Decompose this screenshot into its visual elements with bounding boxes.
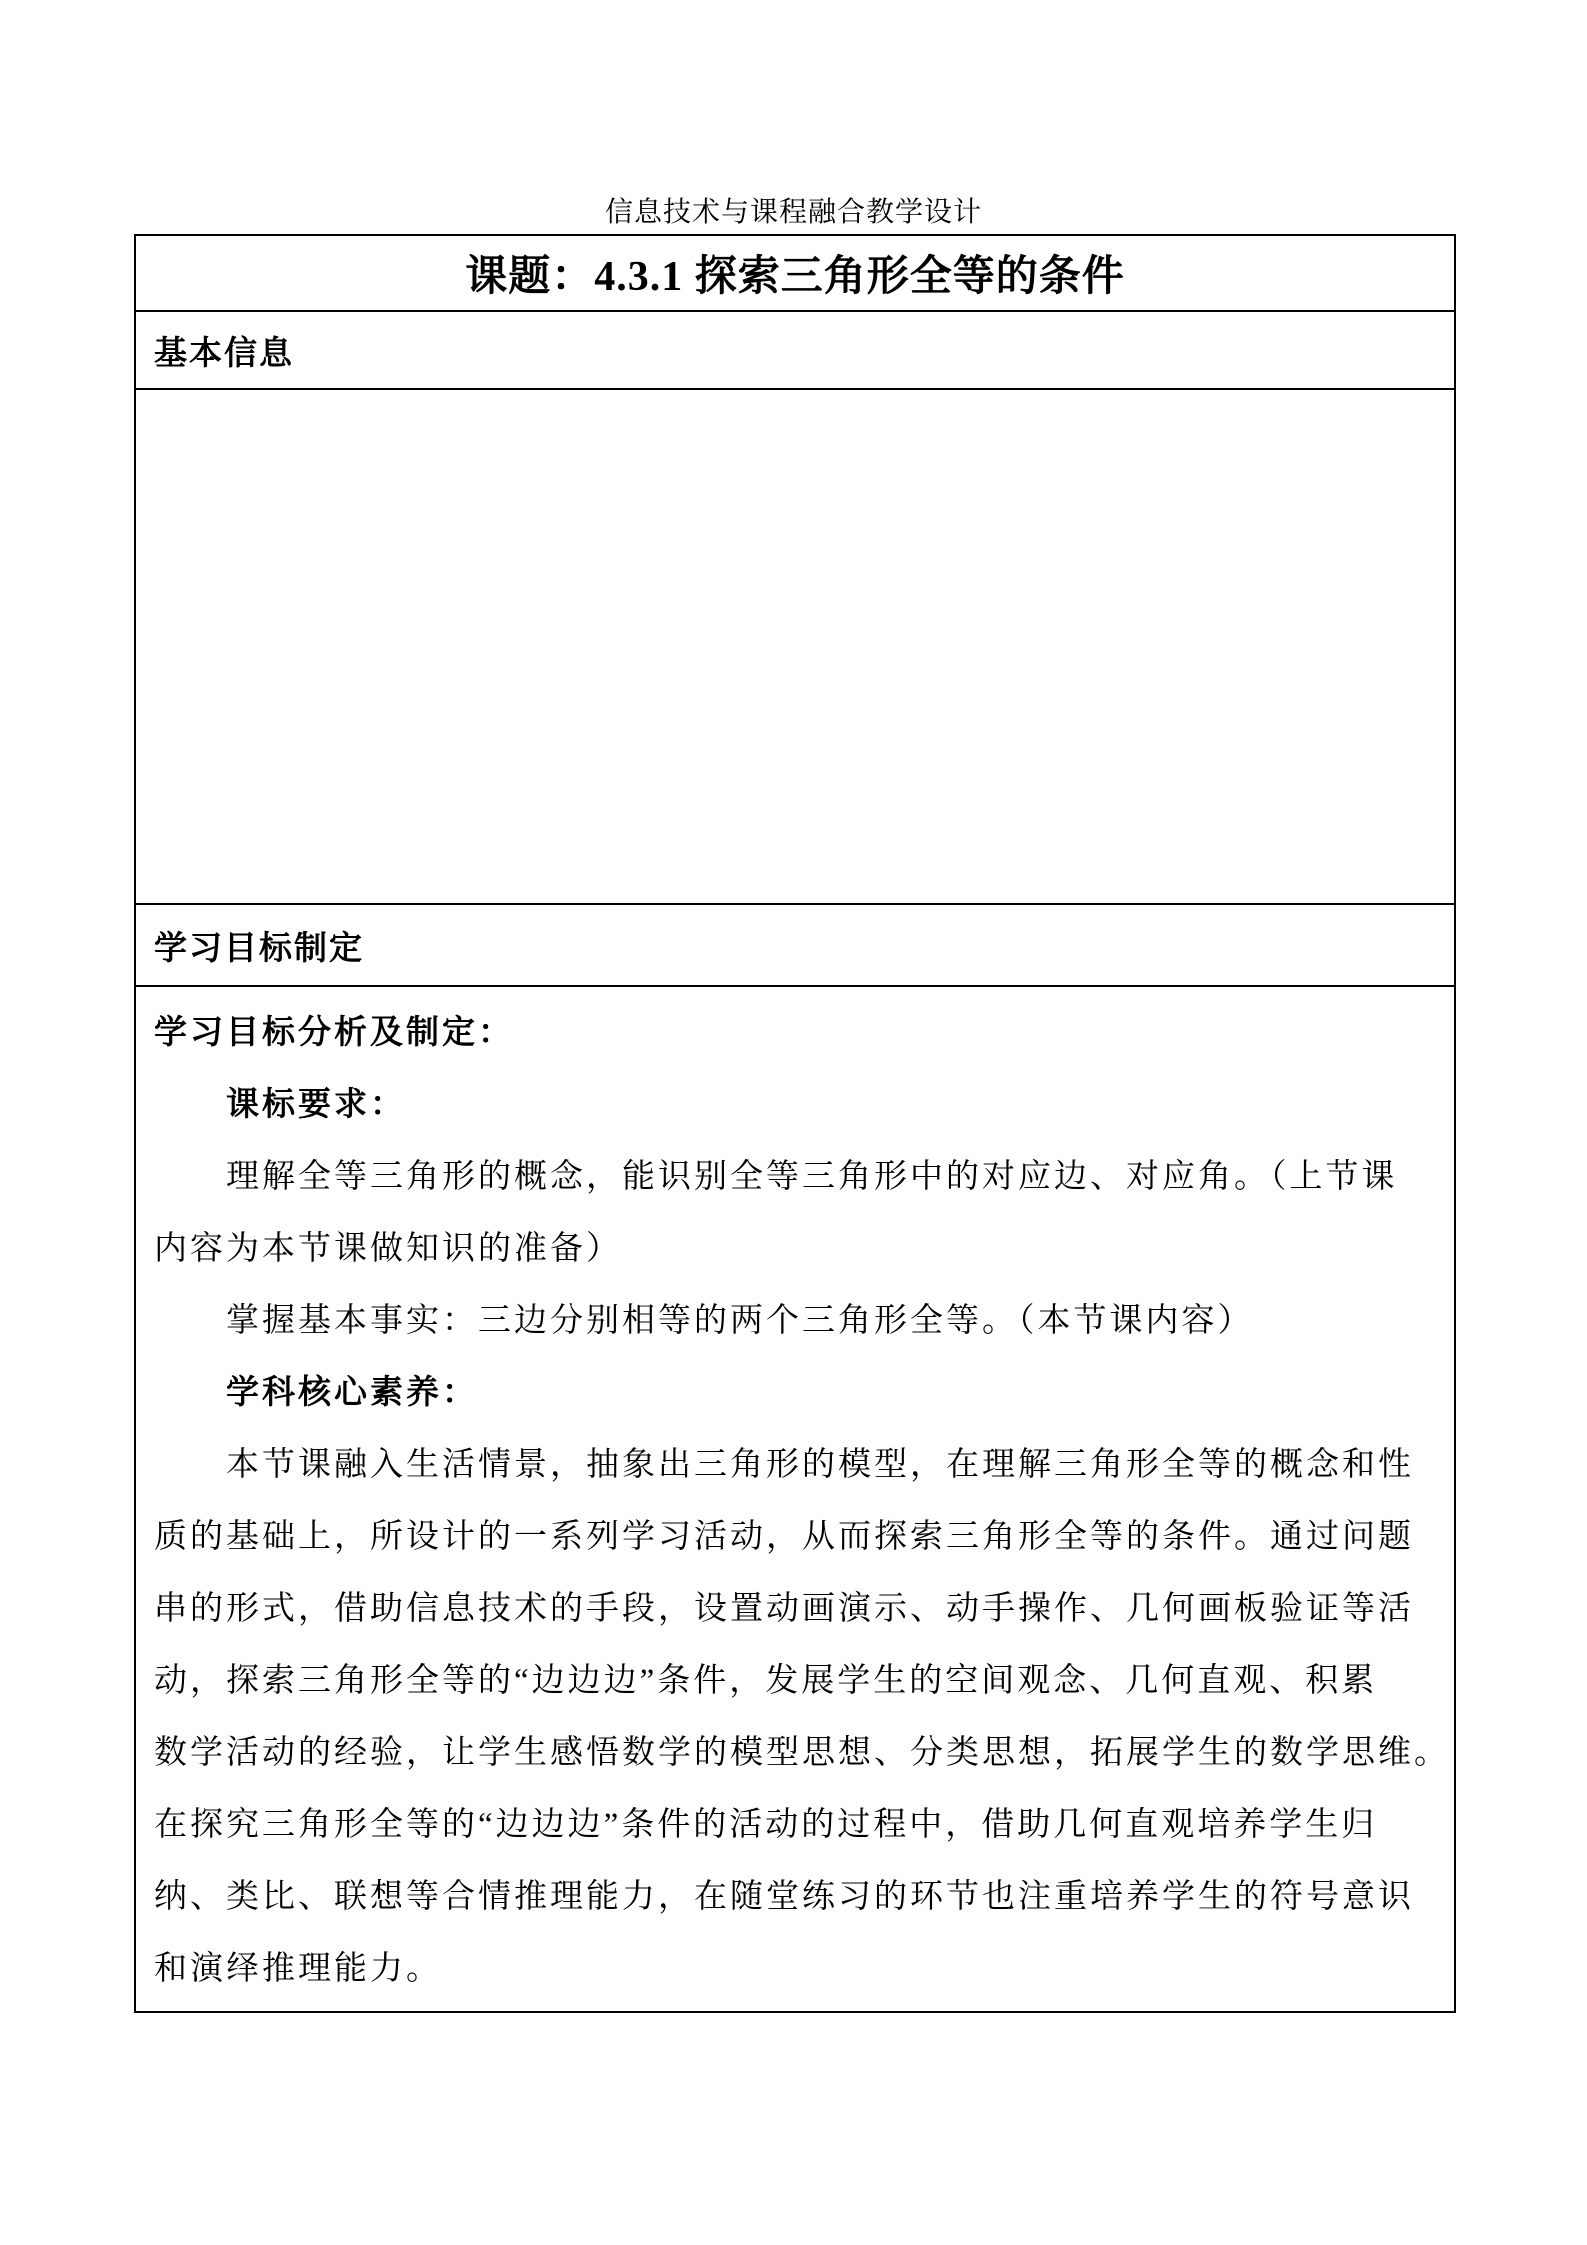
goals-cell: 学习目标分析及制定： 课标要求： 理解全等三角形的概念，能识别全等三角形中的对应…	[136, 987, 1454, 2011]
document-page: 信息技术与课程融合教学设计 课题：4.3.1 探索三角形全等的条件 基本信息 教…	[0, 0, 1587, 2245]
goals-text-line: 学习目标分析及制定：	[154, 997, 1436, 1069]
goals-text-line: 在探究三角形全等的“边边边”条件的活动的过程中，借助几何直观培养学生归	[154, 1789, 1436, 1861]
document-header: 信息技术与课程融合教学设计	[0, 190, 1587, 230]
goals-text-line: 掌握基本事实：三边分别相等的两个三角形全等。（本节课内容）	[154, 1285, 1436, 1357]
basic-info-line: 学段学科：初中数学	[154, 490, 1436, 570]
basic-info-section-header: 基本信息	[136, 312, 1454, 390]
goals-text-line: 内容为本节课做知识的准备）	[154, 1213, 1436, 1285]
goals-text-line: 数学活动的经验，让学生感悟数学的模型思想、分类思想，拓展学生的数学思维。	[154, 1717, 1436, 1789]
lesson-title-row: 课题：4.3.1 探索三角形全等的条件	[136, 236, 1454, 312]
goals-text-line: 理解全等三角形的概念，能识别全等三角形中的对应边、对应角。（上节课	[154, 1141, 1436, 1213]
basic-info-cell: 教材版本：教育部审定 2012 义务教育教科书 北京师范大学出版社 学段学科：初…	[136, 390, 1454, 905]
goals-text-line: 纳、类比、联想等合情推理能力，在随堂练习的环节也注重培养学生的符号意识	[154, 1861, 1436, 1933]
goals-text-line: 质的基础上，所设计的一系列学习活动，从而探索三角形全等的条件。通过问题	[154, 1501, 1436, 1573]
basic-info-line: 授课对象：郑州市第五十八中学七年级学生	[154, 730, 1436, 810]
basic-info-line: 设计者：宗刚强	[154, 810, 1436, 890]
basic-info-line: 年级学期：七年级下册	[154, 570, 1436, 650]
basic-info-line: 教材版本：教育部审定 2012 义务教育教科书 北京师范大学出版社	[154, 410, 1436, 490]
goals-text-line: 动，探索三角形全等的“边边边”条件，发展学生的空间观念、几何直观、积累	[154, 1645, 1436, 1717]
goals-text-line: 串的形式，借助信息技术的手段，设置动画演示、动手操作、几何画板验证等活	[154, 1573, 1436, 1645]
basic-info-line: 设计课时：第四章第三节第一课时	[154, 650, 1436, 730]
lesson-plan-table: 课题：4.3.1 探索三角形全等的条件 基本信息 教材版本：教育部审定 2012…	[134, 234, 1456, 2013]
goals-section-header: 学习目标制定	[136, 905, 1454, 987]
goals-text-line: 课标要求：	[154, 1069, 1436, 1141]
goals-text-line: 本节课融入生活情景，抽象出三角形的模型，在理解三角形全等的概念和性	[154, 1429, 1436, 1501]
goals-text-line: 和演绎推理能力。	[154, 1933, 1436, 2005]
goals-text-line: 学科核心素养：	[154, 1357, 1436, 1429]
